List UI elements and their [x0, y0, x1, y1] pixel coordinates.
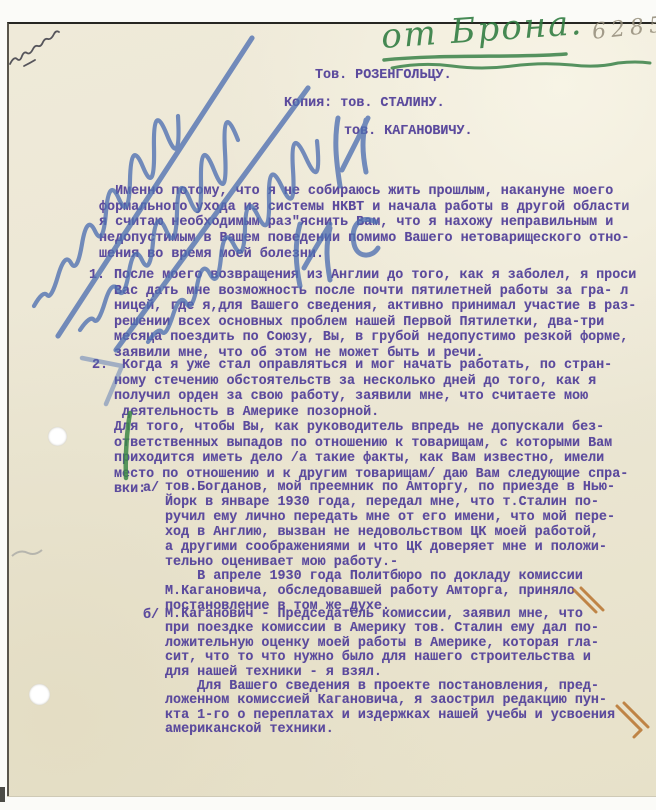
item-a-text: тов.Богданов, мой преемник по Амторгу, п…	[165, 481, 615, 615]
item-b-text: М.Каганович - Председатель комиссии, зая…	[165, 608, 615, 738]
scan-edge-mark	[0, 787, 5, 802]
item-2-text: Когда я уже стал оправляться и мог начат…	[114, 358, 628, 498]
item-a-marker: а/	[143, 481, 159, 496]
punch-hole-upper	[48, 427, 67, 446]
document-page: Тов. РОЗЕНГОЛЬЦУ. Копия: тов. СТАЛИНУ. т…	[7, 22, 656, 796]
punch-hole-lower	[29, 684, 50, 705]
item-1-number: 1.	[89, 268, 105, 283]
recipient-line-copy-kaganovich: тов. КАГАНОВИЧУ.	[344, 124, 473, 139]
item-2-number: 2.	[92, 358, 108, 373]
recipient-line-main: Тов. РОЗЕНГОЛЬЦУ.	[315, 68, 452, 83]
intro-paragraph: Именно потому, что я не собираюсь жить п…	[99, 184, 629, 263]
recipient-line-copy-stalin: Копия: тов. СТАЛИНУ.	[284, 96, 445, 111]
item-b-marker: б/	[143, 608, 159, 623]
item-1-text: После моего возвращения из Англии до тог…	[114, 268, 636, 361]
